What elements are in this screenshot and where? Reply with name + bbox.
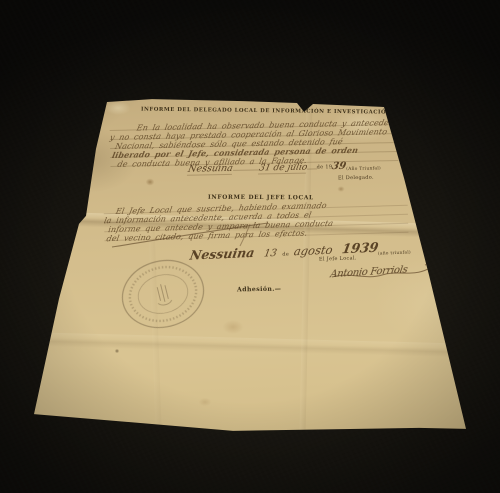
adhesion-label: Adhesión.— <box>237 286 281 294</box>
aged-document-photo: INFORME DEL DELEGADO LOCAL DE INFORMACIÓ… <box>0 0 500 493</box>
